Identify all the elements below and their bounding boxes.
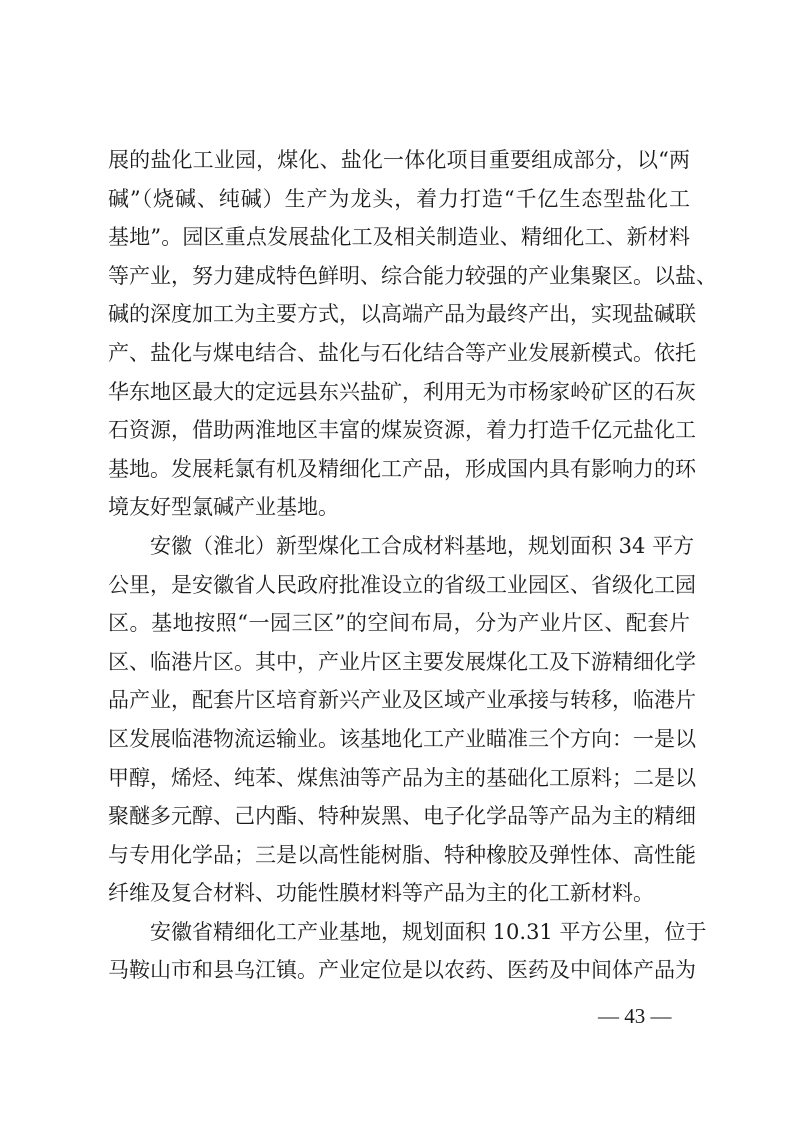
text-line: 基地”。园区重点发展盐化工及相关制造业、精细化工、新材料 [108,218,690,257]
text-line: 境友好型氯碱产业基地。 [108,488,690,527]
text-line: 华东地区最大的定远县东兴盐矿，利用无为市杨家岭矿区的石灰 [108,373,690,412]
text-line: 纤维及复合材料、功能性膜材料等产品为主的化工新材料。 [108,874,690,913]
text-line: 基地。发展耗氯有机及精细化工产品，形成国内具有影响力的环 [108,450,690,489]
document-page: 展的盐化工业园，煤化、盐化一体化项目重要组成部分，以“两 碱”（烧碱、纯碱）生产… [0,0,794,1122]
text-line: 马鞍山市和县乌江镇。产业定位是以农药、医药及中间体产品为 [108,951,690,990]
text-line: 碱”（烧碱、纯碱）生产为龙头，着力打造“千亿生态型盐化工 [108,180,690,219]
text-line: 展的盐化工业园，煤化、盐化一体化项目重要组成部分，以“两 [108,141,690,180]
text-line: 品产业，配套片区培育新兴产业及区域产业承接与转移，临港片 [108,681,690,720]
text-line: 甲醇，烯烃、纯苯、煤焦油等产品为主的基础化工原料；二是以 [108,759,690,798]
page-number: — 43 — [598,1004,672,1029]
text-line: 安徽（淮北）新型煤化工合成材料基地，规划面积 34 平方 [108,527,690,566]
text-line: 区。基地按照“一园三区”的空间布局，分为产业片区、配套片 [108,604,690,643]
text-line: 与专用化学品；三是以高性能树脂、特种橡胶及弹性体、高性能 [108,836,690,875]
text-line: 产、盐化与煤电结合、盐化与石化结合等产业发展新模式。依托 [108,334,690,373]
text-line: 区、临港片区。其中，产业片区主要发展煤化工及下游精细化学 [108,643,690,682]
text-line: 公里，是安徽省人民政府批准设立的省级工业园区、省级化工园 [108,566,690,605]
text-line: 石资源，借助两淮地区丰富的煤炭资源，着力打造千亿元盐化工 [108,411,690,450]
text-line: 等产业，努力建成特色鲜明、综合能力较强的产业集聚区。以盐、 [108,257,690,296]
text-line: 碱的深度加工为主要方式，以高端产品为最终产出，实现盐碱联 [108,295,690,334]
text-line: 区发展临港物流运输业。该基地化工产业瞄准三个方向：一是以 [108,720,690,759]
text-line: 聚醚多元醇、己内酯、特种炭黑、电子化学品等产品为主的精细 [108,797,690,836]
text-line: 安徽省精细化工产业基地，规划面积 10.31 平方公里，位于 [108,913,690,952]
body-text: 展的盐化工业园，煤化、盐化一体化项目重要组成部分，以“两 碱”（烧碱、纯碱）生产… [108,141,690,990]
